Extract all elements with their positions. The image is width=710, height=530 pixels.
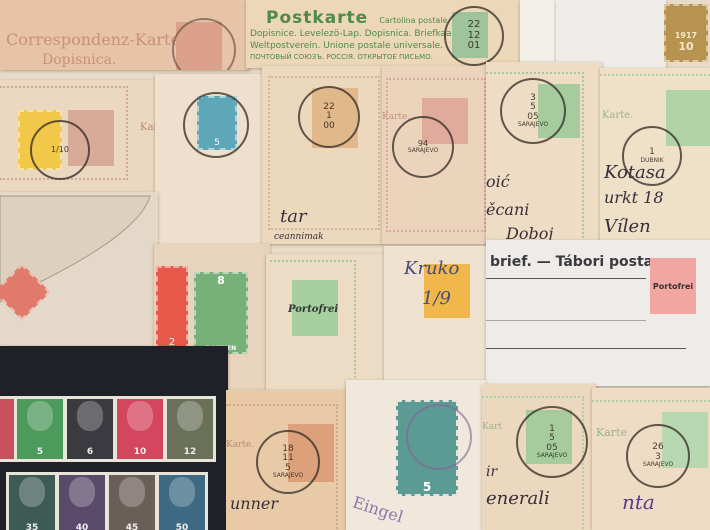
footer-handwriting: ceannimak xyxy=(274,232,324,242)
album-stamp: 45 xyxy=(106,472,158,530)
postmark-year: 00 xyxy=(323,122,334,131)
stamp-value: 40 xyxy=(76,523,89,530)
stamp-year: 1917 xyxy=(675,31,697,40)
card-title: Correspondenz-Karte. xyxy=(6,30,185,49)
handwriting-line2: urkt 18 xyxy=(604,188,664,207)
album-stamp: 35 xyxy=(6,472,58,530)
white-paper xyxy=(556,0,666,70)
postmark: 22 12 01 xyxy=(444,6,504,66)
postmark-city: SARAJEVO xyxy=(518,122,548,128)
card-label: Karte. xyxy=(226,440,254,450)
portofrei-overprint: Portofrei xyxy=(653,282,693,291)
stamp-value: 10 xyxy=(134,447,147,457)
portofrei-overprint: Portofrei xyxy=(288,304,338,315)
postcard-row2-1: 1/10 Karte. xyxy=(0,80,160,200)
postmark-date: 1/10 xyxy=(51,146,69,154)
card-title: Postkarte Cartolina postale xyxy=(266,8,447,28)
postmark xyxy=(406,404,472,470)
album-stamp: 50 xyxy=(156,472,208,530)
postmark-city: SARAJEVO xyxy=(408,148,438,154)
handwriting-line1: Kruko xyxy=(404,258,459,279)
postcard-correspondenz-karte: Correspondenz-Karte. Dopisnica. xyxy=(0,0,250,70)
album-stamp: 12 xyxy=(164,396,216,462)
handwriting: tar xyxy=(280,206,307,227)
postcard-small-handwritten: Kruko 1/9 xyxy=(384,246,490,386)
franz-joseph-portrait xyxy=(177,401,203,431)
postkarte-line2: Dopisnice. Levelezö-Lap. Dopisnica. Brie… xyxy=(250,29,462,39)
postcard-row2-6: Karte. 1 DUBNIK Kotasa urkt 18 Vílen xyxy=(600,68,710,244)
postmark-city: SARAJEVO xyxy=(273,473,303,479)
envelope-back xyxy=(0,192,158,348)
postmark xyxy=(172,18,236,70)
postkarte-line3: Weltpostverein. Unione postale universal… xyxy=(250,41,443,51)
handwriting-line1: Kotasa xyxy=(604,162,666,183)
postkarte-title: Postkarte xyxy=(266,8,368,28)
postmark: 18 11 5 SARAJEVO xyxy=(256,430,320,494)
card-label: Karte xyxy=(596,426,627,439)
postcard-bottom-4: Karte 26 3 SARAJEVO nta xyxy=(592,388,710,530)
album-stamp: 6 xyxy=(64,396,116,462)
handwriting: nta xyxy=(622,490,655,514)
stamp-value: 6 xyxy=(87,447,93,457)
franz-joseph-portrait xyxy=(69,477,95,507)
postmark: 1/10 xyxy=(30,120,90,180)
postcard-bottom-3: Kart 1 5 05 SARAJEVO ir enerali xyxy=(482,384,596,530)
portofrei-pink-stamp: Portofrei xyxy=(650,258,696,314)
stamp-value: 8 xyxy=(217,274,225,287)
franz-joseph-portrait xyxy=(119,477,145,507)
stamp-value: 45 xyxy=(126,523,139,530)
brown-1917-stamp: 1917 10 xyxy=(664,4,708,62)
stamp-value: 50 xyxy=(176,523,189,530)
postcard-portofrei-green: Portofrei xyxy=(266,254,386,394)
stamp-value: 5 xyxy=(423,480,431,494)
card-label: Kart xyxy=(482,422,502,432)
handwritten-letter xyxy=(520,0,560,70)
stamp-value: 5 xyxy=(37,447,43,457)
postcard-row2-3: 22 1 00 tar ceannimak xyxy=(262,66,384,244)
purple-cachet: Eingel xyxy=(350,492,405,526)
postmark-city: SARAJEVO xyxy=(537,453,567,459)
franz-joseph-portrait xyxy=(127,401,153,431)
red-2-stamp: 2 xyxy=(156,266,188,350)
franz-joseph-portrait xyxy=(27,401,53,431)
handwriting-line2: enerali xyxy=(486,488,550,509)
postmark: 22 1 00 xyxy=(298,86,360,148)
stamp-value: 12 xyxy=(184,447,197,457)
handwriting-line1: ir xyxy=(486,464,497,480)
album-stamp: 40 xyxy=(56,472,108,530)
handwriting-line3: Vílen xyxy=(604,216,651,237)
postmark: 26 3 SARAJEVO xyxy=(626,424,690,488)
card-subtitle: Dopisnica. xyxy=(42,52,116,68)
handwriting: unner xyxy=(230,494,278,513)
postmark-year: 01 xyxy=(468,41,481,52)
handwriting-line2: 1/9 xyxy=(422,288,451,309)
album-stamp: 5 xyxy=(14,396,66,462)
green-8-militar-stamp: 8 BOSNIEN xyxy=(194,272,248,354)
address-line xyxy=(486,320,646,321)
postmark-city: SARAJEVO xyxy=(643,462,673,468)
postkarte-line4: ПОЧТОВЫЙ СОЮЗЪ. РОССІЯ. ОТКРЫТОЕ ПИСЬМО. xyxy=(250,53,433,61)
franz-joseph-portrait xyxy=(77,401,103,431)
franz-joseph-portrait xyxy=(169,477,195,507)
postcard-row2-2: 5 xyxy=(155,74,265,244)
postcard-row2-5: 3 5 05 SARAJEVO oić ěcani Doboj xyxy=(486,62,602,244)
address-line xyxy=(486,348,686,349)
postmark xyxy=(183,92,249,158)
card-label: Karte. xyxy=(602,110,633,121)
handwriting-line2: ěcani xyxy=(486,200,529,219)
handwriting-line1: oić xyxy=(486,172,510,191)
postmark: 3 5 05 SARAJEVO xyxy=(500,78,566,144)
album-stamp: 10 xyxy=(114,396,166,462)
postcard-bottom-1: Karte. 18 11 5 SARAJEVO unner xyxy=(226,390,350,530)
feldpostbrief: brief. — Tábori posta. Portofrei xyxy=(486,240,710,386)
stamp-value: 35 xyxy=(26,523,39,530)
postkarte-line1: Cartolina postale xyxy=(379,16,447,25)
postcard-row2-4: Karte. 94 SARAJEVO xyxy=(382,66,492,244)
postmark: 1 5 05 SARAJEVO xyxy=(516,406,588,478)
postcard-bottom-2: 5 Eingel xyxy=(346,380,486,530)
postmark: 94 SARAJEVO xyxy=(392,116,454,178)
feldpost-title: brief. — Tábori posta. xyxy=(490,254,658,270)
title-underline xyxy=(486,278,646,279)
stamp-album-stockpage: 561012 35404550 xyxy=(0,346,228,530)
postcard-postkarte: Postkarte Cartolina postale Dopisnice. L… xyxy=(246,0,556,68)
stamp-value: 10 xyxy=(678,40,693,53)
franz-joseph-portrait xyxy=(19,477,45,507)
